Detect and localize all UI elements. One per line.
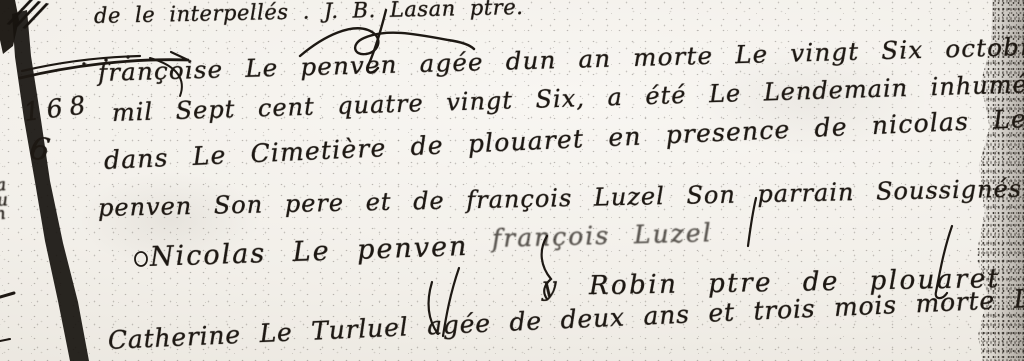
signature-francois-luzel: françois Luzel	[492, 218, 713, 253]
register-scan-page: /// de le interpellés . J. B. Lasan ptre…	[0, 0, 1024, 361]
previous-entry-closing-line: de le interpellés . J. B. Lasan ptre.	[94, 0, 524, 28]
signature-nicolas-le-penven: Nicolas Le penven	[149, 231, 468, 273]
edge-ink-fragment-dashes	[0, 293, 14, 341]
corner-tally-mark: ///	[4, 0, 48, 35]
entry-body-line-4: penven Son pere et de françois Luzel Son…	[98, 175, 1023, 222]
margin-entry-number: 168	[22, 90, 94, 127]
margin-entry-flourish: 6	[27, 130, 52, 169]
book-spine-shadow-band	[12, 10, 89, 361]
signature-circle-mark	[135, 252, 147, 266]
